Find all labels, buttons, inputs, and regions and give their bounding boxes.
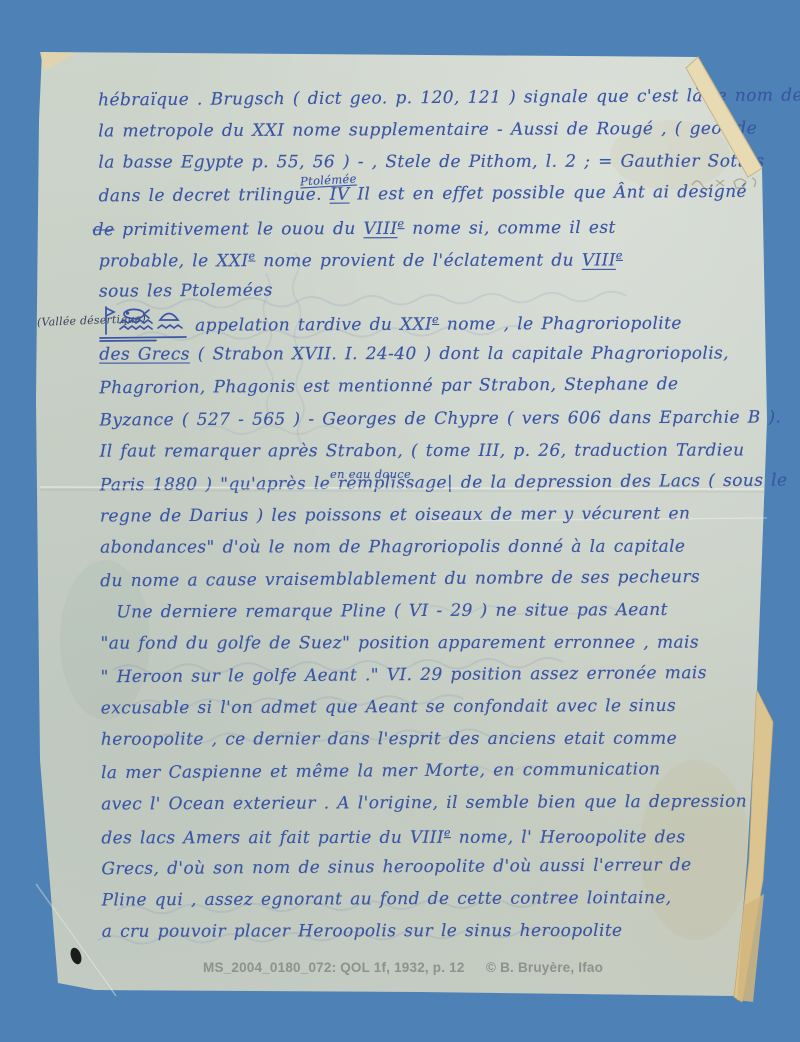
text-segment: Une derniere remarque Pline ( VI - 29 ) … xyxy=(116,600,668,622)
text-segment: sous les Ptolemées xyxy=(99,281,273,302)
text-segment: Il faut remarquer après Strabon, ( tome … xyxy=(100,440,745,461)
manuscript-line: des lacs Amers ait fait partie du VIIIe … xyxy=(101,827,685,848)
text-segment: VIII xyxy=(363,219,397,239)
text-segment: e xyxy=(397,217,404,230)
text-segment: appelation tardive du XXI xyxy=(195,315,432,336)
text-segment: heroopolite , ce dernier dans l'esprit d… xyxy=(101,729,677,750)
text-segment: dans le decret trilingue. xyxy=(98,185,329,207)
text-segment: nome si, comme il est xyxy=(404,218,615,239)
scan-background: { "palette": { "background_blue": "#4e82… xyxy=(0,0,800,1042)
manuscript-line: avec l' Ocean exterieur . A l'origine, i… xyxy=(101,794,747,814)
manuscript-line: des Grecs ( Strabon XVII. I. 24-40 ) don… xyxy=(99,346,729,364)
text-segment: des Grecs xyxy=(99,345,190,365)
text-segment: e xyxy=(432,313,439,326)
manuscript-line: "au fond du golfe de Suez" position appa… xyxy=(100,634,699,652)
manuscript-line: Une derniere remarque Pline ( VI - 29 ) … xyxy=(116,602,668,621)
text-segment: " Heroon sur le golfe Aeant ." VI. 29 po… xyxy=(101,663,707,687)
text-segment: a cru pouvoir placer Heroopolis sur le s… xyxy=(102,921,623,942)
text-segment: abondances" d'où le nom de Phagroriopoli… xyxy=(100,536,685,557)
text-segment: nome , le Phagroriopolite xyxy=(439,314,682,335)
text-segment: de xyxy=(93,220,115,240)
handwritten-text-block: hébraïque . Brugsch ( dict geo. p. 120, … xyxy=(98,89,767,972)
text-segment: ( Strabon XVII. I. 24-40 ) dont la capit… xyxy=(190,344,729,365)
manuscript-line: sous les Ptolemées xyxy=(99,283,273,301)
manuscript-line: abondances" d'où le nom de Phagroriopoli… xyxy=(100,538,685,556)
text-segment: Il est en effet possible que Ânt ai desi… xyxy=(349,182,747,205)
text-segment: Phagrorion, Phagonis est mentionné par S… xyxy=(99,375,678,399)
text-segment: nome, l' Heroopolite des xyxy=(451,827,686,847)
text-segment: e xyxy=(616,249,623,262)
manuscript-line: dans le decret trilingue. IV Il est en e… xyxy=(98,184,747,206)
manuscript-line: heroopolite , ce dernier dans l'esprit d… xyxy=(101,731,677,749)
text-segment: Byzance ( 527 - 565 ) - Georges de Chypr… xyxy=(99,407,781,430)
manuscript-line: la metropole du XXI nome supplementaire … xyxy=(98,121,757,141)
text-segment: | de la depression des Lacs ( sous le xyxy=(447,470,788,492)
manuscript-line: appelation tardive du XXIe nome , le Pha… xyxy=(195,313,682,335)
text-segment: e xyxy=(444,826,451,839)
text-segment: IV xyxy=(330,185,350,205)
manuscript-line: a cru pouvoir placer Heroopolis sur le s… xyxy=(102,923,623,941)
text-segment: probable, le XXI xyxy=(99,251,249,271)
manuscript-line: la basse Egypte p. 55, 56 ) - , Stele de… xyxy=(98,154,764,172)
text-segment: des lacs Amers ait fait partie du VIII xyxy=(101,828,444,849)
caption-credit: © B. Bruyère, Ifao xyxy=(486,960,603,975)
insertion-en-eau-douce: en eau douce xyxy=(330,467,411,481)
manuscript-line: hébraïque . Brugsch ( dict geo. p. 120, … xyxy=(98,87,800,109)
text-segment: hébraïque . Brugsch ( dict geo. p. 120, … xyxy=(98,85,800,110)
text-segment: la basse Egypte p. 55, 56 ) - , Stele de… xyxy=(98,152,764,173)
text-segment: Paris 1880 ) "qu'après le xyxy=(100,473,338,495)
text-segment: nome provient de l'éclatement du xyxy=(255,251,581,272)
text-segment: la mer Caspienne et même la mer Morte, e… xyxy=(101,759,661,783)
text-segment: primitivement le ouou du xyxy=(114,219,363,240)
text-segment: e xyxy=(248,250,255,263)
text-segment: "au fond du golfe de Suez" position appa… xyxy=(100,632,699,653)
text-segment: excusable si l'on admet que Aeant se con… xyxy=(101,696,676,719)
text-segment: VIII xyxy=(582,251,616,271)
text-segment: Grecs, d'où son nom de sinus heroopolite… xyxy=(101,855,691,879)
manuscript-line: regne de Darius ) les poissons et oiseau… xyxy=(100,506,690,526)
manuscript-line: la mer Caspienne et même la mer Morte, e… xyxy=(101,761,660,782)
text-segment: regne de Darius ) les poissons et oiseau… xyxy=(100,504,691,527)
manuscript-line: du nome a cause vraisemblablement du nom… xyxy=(100,569,700,590)
manuscript-line: Grecs, d'où son nom de sinus heroopolite… xyxy=(101,857,691,878)
manuscript-line: Byzance ( 527 - 565 ) - Georges de Chypr… xyxy=(99,409,781,429)
insertion-ptolemee: Ptolémée xyxy=(300,172,357,189)
manuscript-line: Phagrorion, Phagonis est mentionné par S… xyxy=(99,377,678,398)
manuscript-line: Pline qui , assez egnorant au fond de ce… xyxy=(102,890,672,909)
text-segment: Pline qui , assez egnorant au fond de ce… xyxy=(102,888,672,910)
manuscript-line: Paris 1880 ) "qu'après le remplissage| d… xyxy=(100,472,788,494)
text-segment: avec l' Ocean exterieur . A l'origine, i… xyxy=(101,792,747,815)
text-segment: la metropole du XXI nome supplementaire … xyxy=(98,119,757,142)
manuscript-line: de primitivement le ouou du VIIIe nome s… xyxy=(93,217,616,239)
manuscript-line: Il faut remarquer après Strabon, ( tome … xyxy=(100,442,745,460)
text-segment: du nome a cause vraisemblablement du nom… xyxy=(100,567,700,591)
manuscript-line: excusable si l'on admet que Aeant se con… xyxy=(101,698,676,718)
caption-reference: MS_2004_0180_072: QOL 1f, 1932, p. 12 xyxy=(203,960,465,975)
manuscript-line: " Heroon sur le golfe Aeant ." VI. 29 po… xyxy=(101,665,707,686)
manuscript-line: probable, le XXIe nome provient de l'écl… xyxy=(99,250,623,271)
